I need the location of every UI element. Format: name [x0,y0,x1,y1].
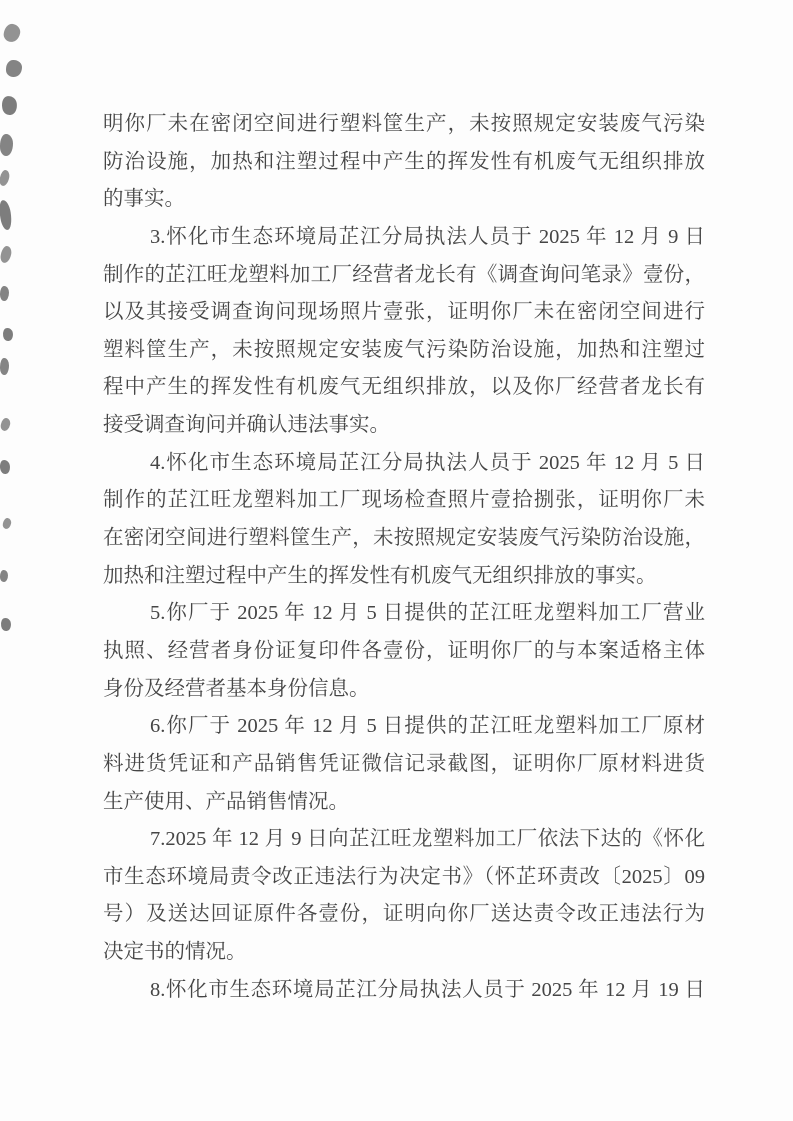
ink-smudge-mark [0,358,9,375]
text-line: 号）及送达回证原件各壹份，证明向你厂送达责令改正违法行为 [103,896,705,934]
text-line: 执照、经营者身份证复印件各壹份，证明你厂的与本案适格主体 [103,633,705,671]
text-line: 制作的芷江旺龙塑料加工厂经营者龙长有《调查询问笔录》壹份， [103,257,705,295]
text-line: 市生态环境局责令改正违法行为决定书》（怀芷环责改〔2025〕09 [103,859,705,897]
text-line: 8.怀化市生态环境局芷江分局执法人员于 2025 年 12 月 19 日 [103,972,705,1010]
scan-artifacts [0,0,40,1121]
text-line: 4.怀化市生态环境局芷江分局执法人员于 2025 年 12 月 5 日 [103,445,705,483]
text-line: 在密闭空间进行塑料筐生产，未按照规定安装废气污染防治设施， [103,520,705,558]
ink-smudge-mark [0,617,12,631]
text-line: 防治设施，加热和注塑过程中产生的挥发性有机废气无组织排放 [103,144,705,182]
text-line: 以及其接受调查询问现场照片壹张，证明你厂未在密闭空间进行 [103,294,705,332]
ink-smudge-mark [0,570,8,582]
ink-smudge-mark [1,95,19,116]
text-line: 5.你厂于 2025 年 12 月 5 日提供的芷江旺龙塑料加工厂营业 [103,595,705,633]
text-line: 加热和注塑过程中产生的挥发性有机废气无组织排放的事实。 [103,558,705,596]
ink-smudge-mark [0,199,13,230]
text-line: 料进货凭证和产品销售凭证微信记录截图，证明你厂原材料进货 [103,746,705,784]
ink-smudge-mark [0,245,13,264]
text-line: 的事实。 [103,181,705,219]
ink-smudge-mark [6,60,22,77]
text-line: 决定书的情况。 [103,934,705,972]
ink-smudge-mark [0,134,13,156]
ink-smudge-mark [2,517,12,529]
text-line: 生产使用、产品销售情况。 [103,784,705,822]
text-line: 3.怀化市生态环境局芷江分局执法人员于 2025 年 12 月 9 日 [103,219,705,257]
ink-smudge-mark [0,459,11,474]
text-line: 程中产生的挥发性有机废气无组织排放，以及你厂经营者龙长有 [103,369,705,407]
ink-smudge-mark [0,169,11,187]
text-line: 明你厂未在密闭空间进行塑料筐生产，未按照规定安装废气污染 [103,106,705,144]
document-page: 明你厂未在密闭空间进行塑料筐生产，未按照规定安装废气污染防治设施，加热和注塑过程… [0,0,793,1121]
document-body: 明你厂未在密闭空间进行塑料筐生产，未按照规定安装废气污染防治设施，加热和注塑过程… [103,106,705,1009]
text-line: 制作的芷江旺龙塑料加工厂现场检查照片壹拾捌张，证明你厂未 [103,482,705,520]
text-line: 6.你厂于 2025 年 12 月 5 日提供的芷江旺龙塑料加工厂原材 [103,708,705,746]
text-line: 接受调查询问并确认违法事实。 [103,407,705,445]
ink-smudge-mark [2,23,21,44]
ink-smudge-mark [2,327,14,341]
text-line: 塑料筐生产，未按照规定安装废气污染防治设施，加热和注塑过 [103,332,705,370]
text-line: 身份及经营者基本身份信息。 [103,671,705,709]
ink-smudge-mark [0,286,9,301]
text-line: 7.2025 年 12 月 9 日向芷江旺龙塑料加工厂依法下达的《怀化 [103,821,705,859]
ink-smudge-mark [0,417,11,432]
